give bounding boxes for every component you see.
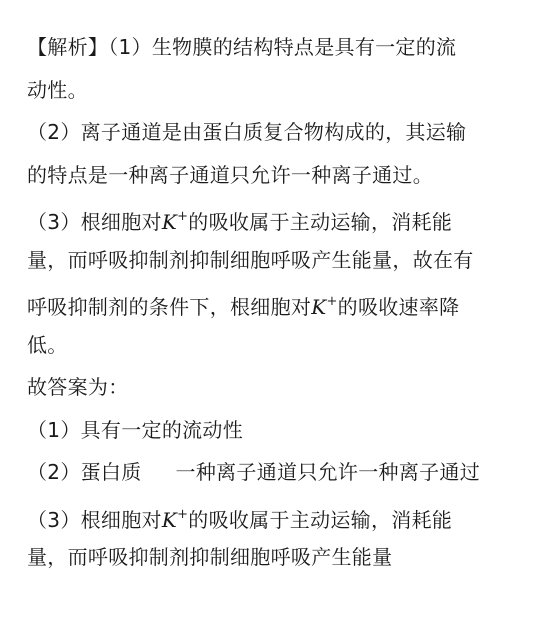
analysis-text: 的吸收属于主动运输，消耗能 — [188, 210, 452, 234]
item-number: （3） — [27, 210, 81, 234]
analysis-line-7: 呼吸抑制剂的条件下，根细胞对K+的吸收速率降 — [27, 285, 527, 328]
item-number: （2） — [27, 120, 81, 144]
analysis-line-5: （3）根细胞对K+的吸收属于主动运输，消耗能 — [27, 200, 527, 243]
answer-line-1: （1）具有一定的流动性 — [27, 413, 527, 456]
item-number: （1） — [27, 418, 81, 442]
item-number: （3） — [27, 508, 81, 532]
analysis-line-1: 【解析】（1）生物膜的结构特点是具有一定的流 — [27, 30, 527, 73]
answer-text: 具有一定的流动性 — [81, 418, 243, 442]
item-number: （2） — [27, 460, 81, 484]
analysis-text: 低。 — [27, 333, 68, 357]
analysis-heading: 【解析】 — [27, 35, 108, 59]
potassium-ion-formula: K+ — [162, 508, 188, 532]
analysis-line-8: 低。 — [27, 328, 527, 371]
analysis-text: 呼吸抑制剂的条件下，根细胞对 — [27, 295, 311, 319]
potassium-ion-formula: K+ — [311, 295, 337, 319]
answer-text: 量，而呼吸抑制剂抑制细胞呼吸产生能量 — [27, 545, 392, 569]
analysis-line-6: 量，而呼吸抑制剂抑制细胞呼吸产生能量，故在有 — [27, 243, 527, 286]
analysis-text: 的吸收速率降 — [338, 295, 460, 319]
item-number: （1） — [108, 35, 152, 59]
answer-line-4: 量，而呼吸抑制剂抑制细胞呼吸产生能量 — [27, 540, 527, 583]
answer-text: 根细胞对 — [81, 508, 162, 532]
answer-line-3: （3）根细胞对K+的吸收属于主动运输，消耗能 — [27, 498, 527, 541]
analysis-line-4: 的特点是一种离子通道只允许一种离子通过。 — [27, 158, 527, 201]
answer-line-2: （2）蛋白质一种离子通道只允许一种离子通过 — [27, 455, 527, 498]
analysis-text: 量，而呼吸抑制剂抑制细胞呼吸产生能量，故在有 — [27, 248, 474, 272]
answer-heading: 故答案为： — [27, 375, 129, 399]
answer-heading-line: 故答案为： — [27, 370, 527, 413]
analysis-text: 生物膜的结构特点是具有一定的流 — [152, 35, 457, 59]
answer-text: 的吸收属于主动运输，消耗能 — [188, 508, 452, 532]
analysis-text: 离子通道是由蛋白质复合物构成的，其运输 — [81, 120, 467, 144]
answer-text: 蛋白质 — [81, 460, 142, 484]
analysis-line-3: （2）离子通道是由蛋白质复合物构成的，其运输 — [27, 115, 527, 158]
analysis-text: 根细胞对 — [81, 210, 162, 234]
potassium-ion-formula: K+ — [162, 210, 188, 234]
answer-text: 一种离子通道只允许一种离子通过 — [176, 460, 481, 484]
analysis-line-2: 动性。 — [27, 73, 527, 116]
analysis-text: 的特点是一种离子通道只允许一种离子通过。 — [27, 163, 433, 187]
analysis-text: 动性。 — [27, 78, 88, 102]
solution-document: 【解析】（1）生物膜的结构特点是具有一定的流 动性。 （2）离子通道是由蛋白质复… — [27, 30, 527, 583]
